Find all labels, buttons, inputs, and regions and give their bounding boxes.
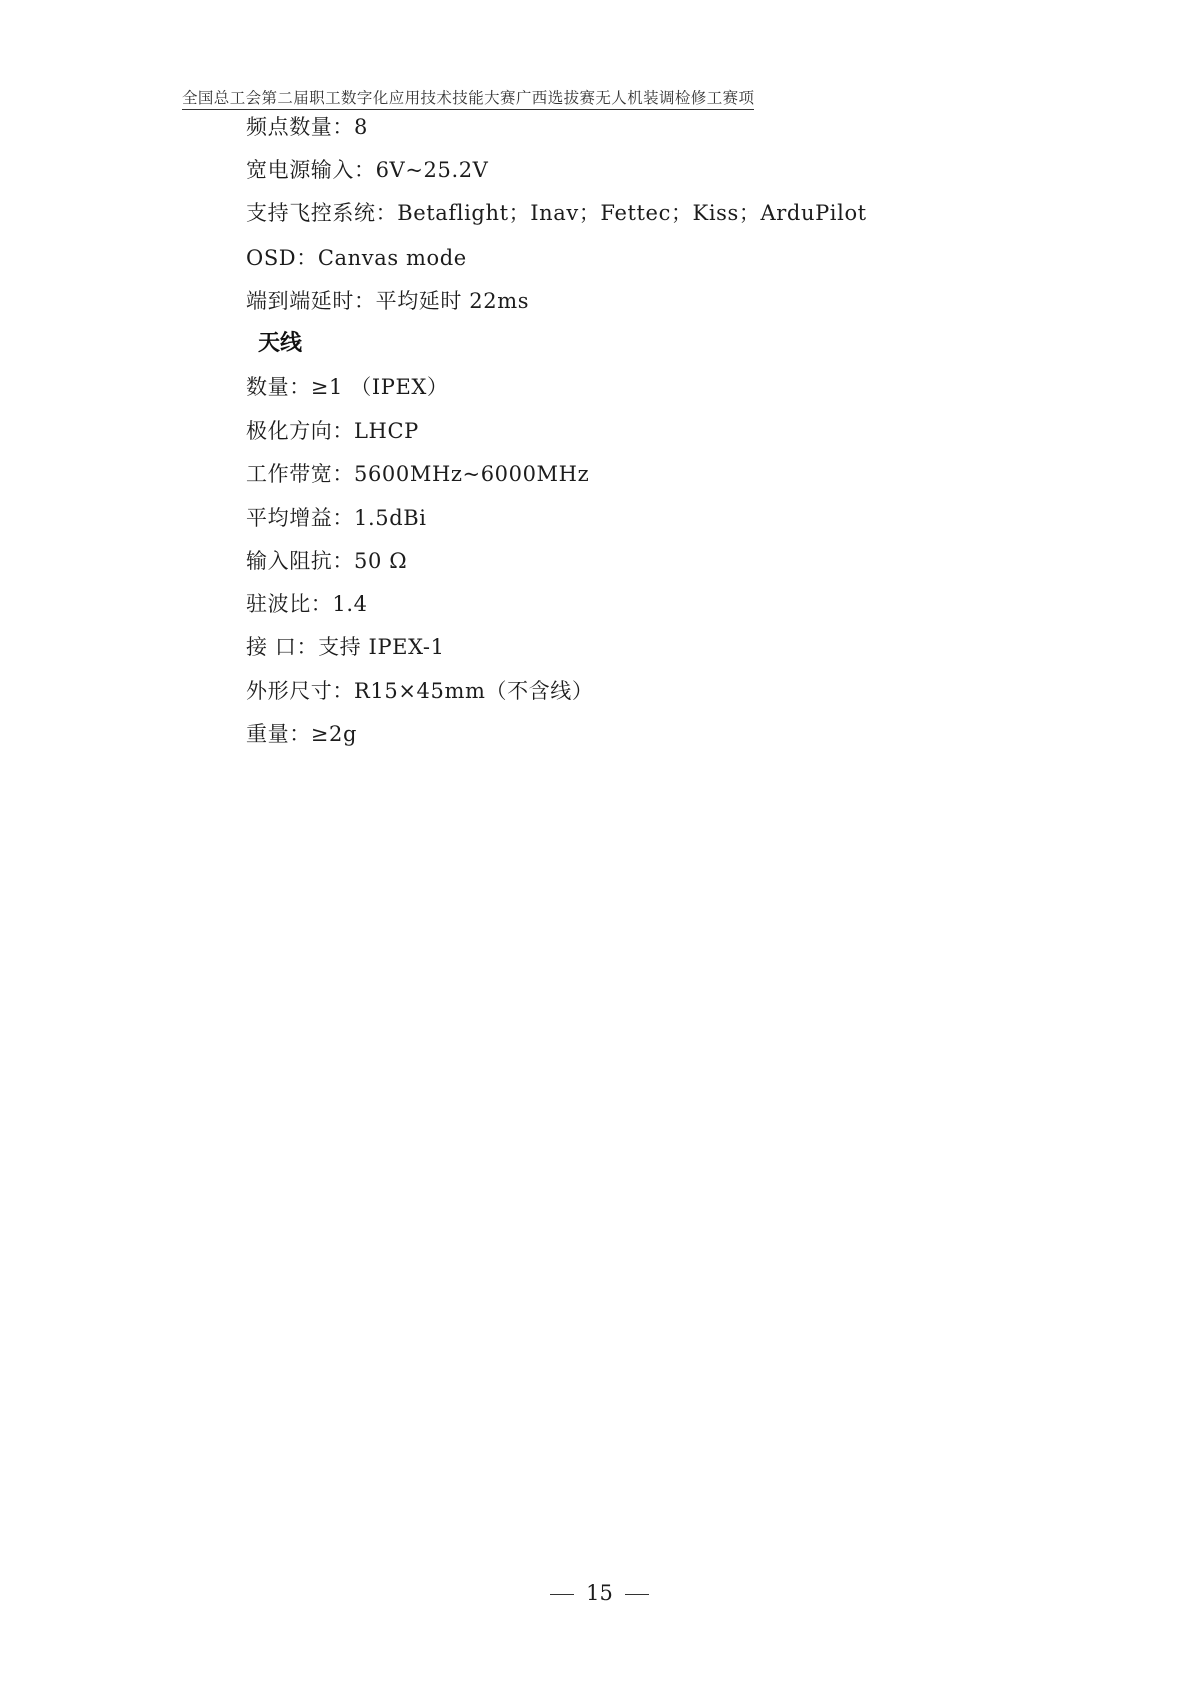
spec-line-gain: 平均增益：1.5dBi bbox=[246, 505, 427, 531]
spec-line-antenna-quantity: 数量：≥1 （IPEX） bbox=[246, 374, 449, 400]
running-header: 全国总工会第二届职工数字化应用技术技能大赛广西选拔赛无人机装调检修工赛项 bbox=[182, 88, 754, 110]
spec-line-bandwidth: 工作带宽：5600MHz~6000MHz bbox=[246, 461, 589, 487]
spec-line-weight: 重量：≥2g bbox=[246, 721, 357, 747]
footer-dash-right bbox=[625, 1594, 649, 1595]
spec-line-osd: OSD：Canvas mode bbox=[246, 245, 467, 271]
spec-line-power-input: 宽电源输入：6V~25.2V bbox=[246, 157, 488, 183]
footer-dash-left bbox=[550, 1594, 574, 1595]
spec-line-vswr: 驻波比：1.4 bbox=[246, 591, 368, 617]
page-footer: 15 bbox=[0, 1580, 1199, 1606]
spec-line-impedance: 输入阻抗：50 Ω bbox=[246, 548, 407, 574]
spec-line-latency: 端到端延时：平均延时 22ms bbox=[246, 288, 529, 314]
section-heading-antenna: 天线 bbox=[258, 331, 302, 357]
spec-line-flight-controller: 支持飞控系统：Betaflight；Inav；Fettec；Kiss；ArduP… bbox=[246, 200, 867, 226]
spec-line-channel-count: 频点数量：8 bbox=[246, 114, 368, 140]
spec-line-dimensions: 外形尺寸：R15×45mm（不含线） bbox=[246, 678, 593, 704]
page-number: 15 bbox=[586, 1581, 613, 1605]
spec-line-polarization: 极化方向：LHCP bbox=[246, 418, 419, 444]
spec-line-interface: 接 口：支持 IPEX-1 bbox=[246, 634, 445, 660]
